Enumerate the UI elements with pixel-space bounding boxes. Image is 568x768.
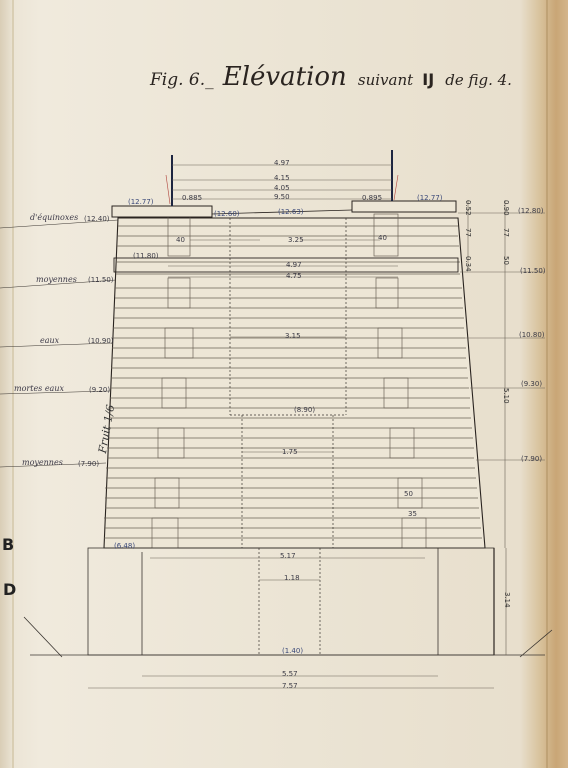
left-level-value-5: (7.90)	[78, 460, 99, 468]
dim-total-height: 5.10	[502, 388, 510, 404]
dim-span-3: 5.57	[282, 670, 298, 678]
dim-width-1: 4.97	[286, 261, 302, 269]
dim-span-1: 5.17	[280, 552, 296, 560]
left-level-value-2: (11.50)	[88, 276, 114, 284]
dim-right-mid-a: 77	[464, 228, 472, 237]
dim-top-2: 4.15	[274, 174, 290, 182]
right-level-1: (12.80)	[518, 207, 544, 215]
left-level-value-1: (12.40)	[84, 215, 110, 223]
elev-cap-right: (12.77)	[417, 194, 443, 202]
dim-width-3: 3.15	[285, 332, 301, 340]
dim-step-b: 35	[408, 510, 417, 518]
dim-right-low-a: 0.34	[464, 256, 472, 272]
dim-inner-width: 3.25	[288, 236, 304, 244]
left-level-label-4: mortes eaux	[14, 384, 64, 393]
dim-top-1: 4.97	[274, 159, 290, 167]
left-level-label-3: eaux	[40, 336, 59, 345]
elev-base-left: (6.48)	[114, 542, 135, 550]
left-level-label-1: d'équinoxes	[30, 213, 78, 222]
left-level-value-3: (10.90)	[88, 337, 114, 345]
left-level-value-4: (9.20)	[89, 386, 110, 394]
dim-width-2: 4.75	[286, 272, 302, 280]
elev-cap-left: (12.77)	[128, 198, 154, 206]
dim-pillar-left: 40	[176, 236, 185, 244]
dim-step-a: 50	[404, 490, 413, 498]
dim-right-low-b: 50	[502, 256, 510, 265]
dim-right-top-a: 0.52	[464, 200, 472, 216]
dim-offset-left: 0.885	[182, 194, 202, 202]
side-mark-d: D	[3, 580, 16, 599]
dim-inner-lower: 1.75	[282, 448, 298, 456]
dim-foundation-height: 3.14	[503, 592, 511, 608]
right-level-5: (7.90)	[521, 455, 542, 463]
dim-right-mid-b: 77	[502, 228, 510, 237]
right-level-2: (11.50)	[520, 267, 546, 275]
elev-foundation: (1.40)	[282, 647, 303, 655]
elev-step-left: (11.80)	[133, 252, 159, 260]
elev-coping-left: (12.60)	[214, 210, 240, 218]
dim-top-3: 4.05	[274, 184, 290, 192]
dim-span-2: 1.18	[284, 574, 300, 582]
dim-right-top-b: 0.90	[502, 200, 510, 216]
elev-mid: (8.90)	[294, 406, 315, 414]
left-level-label-5: moyennes	[22, 458, 63, 467]
dim-top-4: 9.50	[274, 193, 290, 201]
elev-coping-center: (12.63)	[278, 208, 304, 216]
right-level-4: (9.30)	[521, 380, 542, 388]
side-mark-b: B	[2, 535, 14, 554]
dim-offset-right: 0.895	[362, 194, 382, 202]
dim-total-width: 7.57	[282, 682, 298, 690]
right-level-3: (10.80)	[519, 331, 545, 339]
left-level-label-2: moyennes	[36, 275, 77, 284]
dim-pillar-right: 40	[378, 234, 387, 242]
